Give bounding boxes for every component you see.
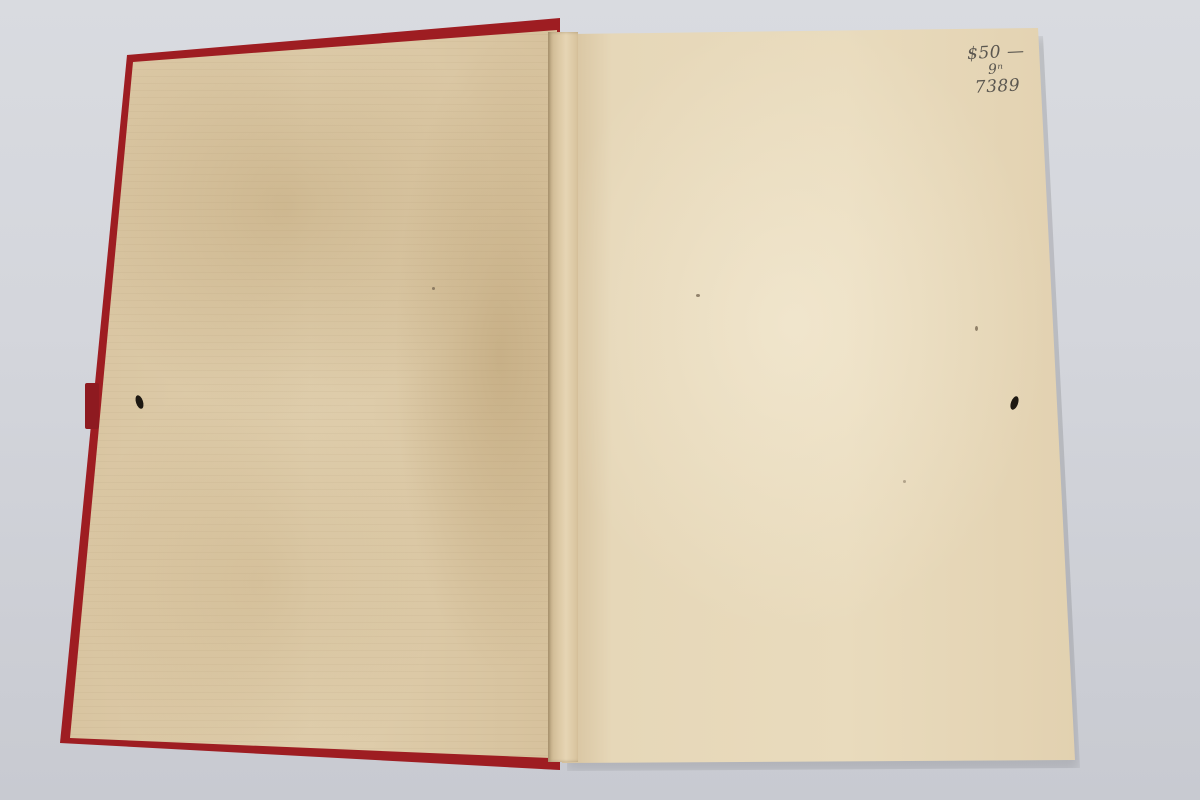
- paper-speck: [975, 326, 978, 331]
- left-endpaper: [60, 18, 560, 770]
- paper-speck: [432, 287, 435, 290]
- photo-scene: $50 — 9ⁿ 7389: [0, 0, 1200, 800]
- book-gutter: [548, 32, 578, 762]
- pencil-price-notes: $50 — 9ⁿ 7389: [967, 42, 1050, 97]
- right-endpaper: [560, 28, 1080, 768]
- paper-speck: [903, 480, 906, 483]
- paper-speck: [696, 294, 700, 297]
- cover-edge-tab: [85, 383, 99, 429]
